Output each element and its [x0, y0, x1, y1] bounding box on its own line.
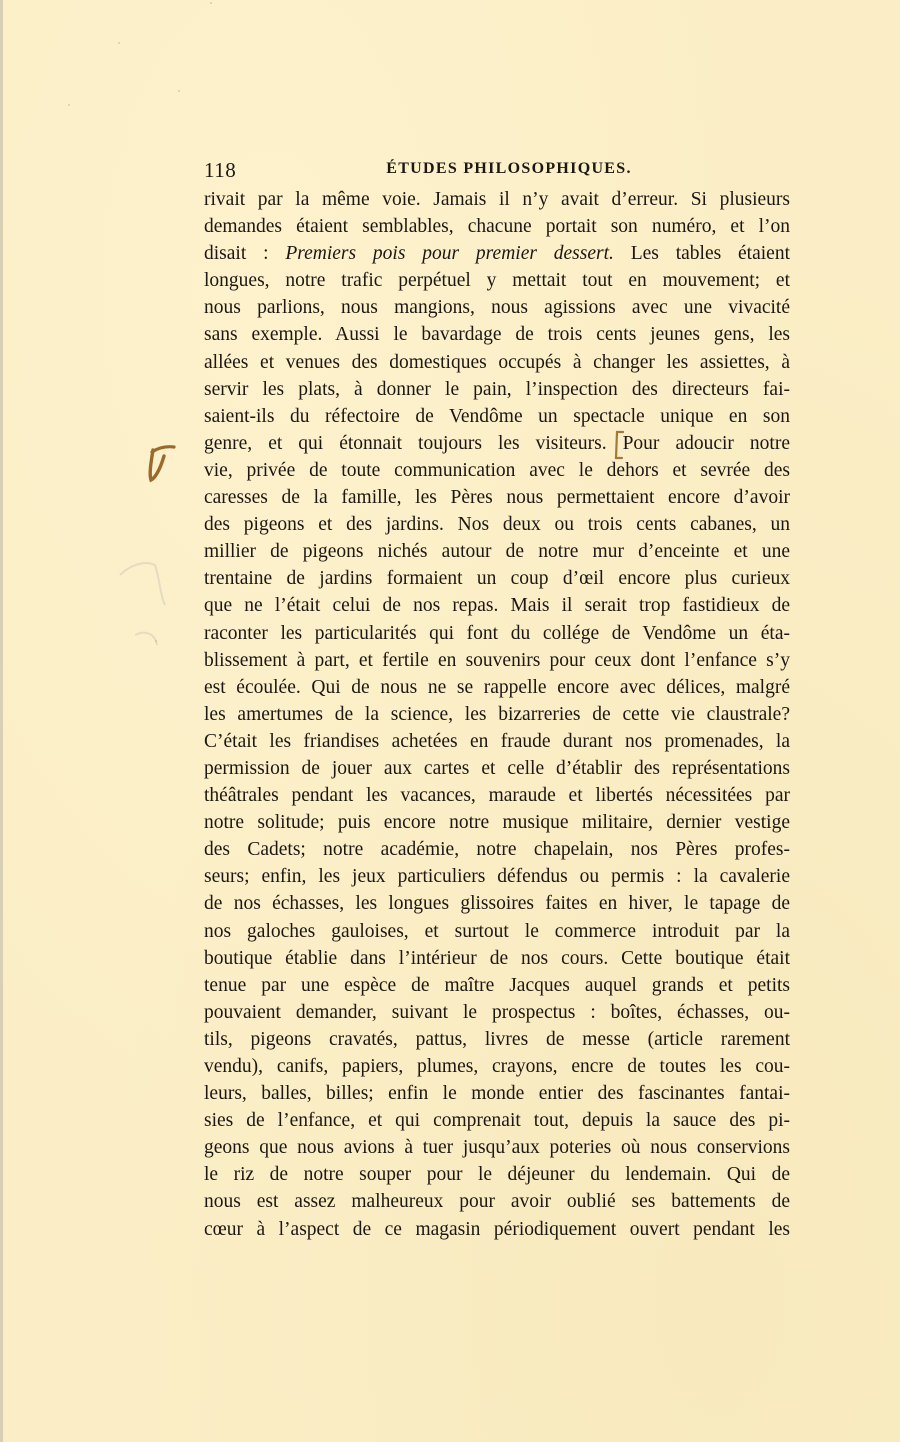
text-line: sans exemple. Aussi le bavardage de troi…	[204, 321, 790, 348]
text-fragment: Les tables étaient	[614, 243, 790, 264]
text-line: seurs; enfin, les jeux particuliers défe…	[204, 863, 790, 890]
body-text: rivait par la même voie. Jamais il n’y a…	[204, 186, 790, 1243]
text-line: les amertumes de la science, les bizarre…	[204, 701, 790, 728]
text-line: geons que nous avions à tuer jusqu’aux p…	[204, 1134, 790, 1161]
text-line: vie, privée de toute communication avec …	[204, 457, 790, 484]
text-line: leurs, balles, billes; enfin le monde en…	[204, 1080, 790, 1107]
running-head: 118 ÉTUDES PHILOSOPHIQUES.	[204, 158, 790, 184]
text-line: nous parlions, nous mangions, nous agiss…	[204, 294, 790, 321]
text-line: est écoulée. Qui de nous ne se rappelle …	[204, 674, 790, 701]
text-line: C’était les friandises achetées en fraud…	[204, 728, 790, 755]
page-edge	[0, 0, 3, 1442]
text-line: cœur à l’aspect de ce magasin périodique…	[204, 1216, 790, 1243]
text-line: longues, notre trafic perpétuel y mettai…	[204, 267, 790, 294]
paper-speck	[68, 104, 70, 106]
book-page: 118 ÉTUDES PHILOSOPHIQUES. rivait par la…	[0, 0, 900, 1442]
text-line: vendu), canifs, papiers, plumes, crayons…	[204, 1053, 790, 1080]
paper-speck	[118, 42, 120, 44]
text-line: nous est assez malheureux pour avoir oub…	[204, 1188, 790, 1215]
text-fragment: disait :	[204, 243, 285, 264]
text-line: raconter les particularités qui font du …	[204, 620, 790, 647]
text-line: servir les plats, à donner le pain, l’in…	[204, 376, 790, 403]
text-line: saient-ils du réfectoire de Vendôme un s…	[204, 403, 790, 430]
text-line: boutique établie dans l’intérieur de nos…	[204, 945, 790, 972]
text-line: allées et venues des domestiques occupés…	[204, 349, 790, 376]
italic-quote: Premiers pois pour premier dessert.	[285, 243, 614, 264]
text-line: rivait par la même voie. Jamais il n’y a…	[204, 186, 790, 213]
text-line: millier de pigeons nichés autour de notr…	[204, 538, 790, 565]
faint-pencil-mark	[115, 545, 175, 655]
text-line: théâtrales pendant les vacances, maraude…	[204, 782, 790, 809]
margin-annotation-icon	[146, 444, 176, 484]
text-line: genre, et qui étonnait toujours les visi…	[204, 430, 790, 457]
text-line: de nos échasses, les longues glissoires …	[204, 890, 790, 917]
text-line: que ne l’était celui de nos repas. Mais …	[204, 592, 790, 619]
text-line: tils, pigeons cravatés, pattus, livres d…	[204, 1026, 790, 1053]
text-line: le riz de notre souper pour le déjeuner …	[204, 1161, 790, 1188]
text-line: blissement à part, et fertile en souveni…	[204, 647, 790, 674]
text-line: sies de l’enfance, et qui comprenait tou…	[204, 1107, 790, 1134]
text-line: des Cadets; notre académie, notre chapel…	[204, 836, 790, 863]
running-title: ÉTUDES PHILOSOPHIQUES.	[204, 160, 790, 178]
text-line: tenue par une espèce de maître Jacques a…	[204, 972, 790, 999]
text-line: pouvaient demander, suivant le prospectu…	[204, 999, 790, 1026]
text-line-with-italic: disait : Premiers pois pour premier dess…	[204, 240, 790, 267]
text-line: trentaine de jardins formaient un coup d…	[204, 565, 790, 592]
text-line: des pigeons et des jardins. Nos deux ou …	[204, 511, 790, 538]
paper-speck	[178, 90, 180, 92]
text-line: nos galoches gauloises, et surtout le co…	[204, 918, 790, 945]
text-line: caresses de la famille, les Pères nous p…	[204, 484, 790, 511]
paper-speck	[210, 2, 212, 4]
text-line: notre solitude; puis encore notre musiqu…	[204, 809, 790, 836]
text-line: permission de jouer aux cartes et celle …	[204, 755, 790, 782]
text-line: demandes étaient semblables, chacune por…	[204, 213, 790, 240]
